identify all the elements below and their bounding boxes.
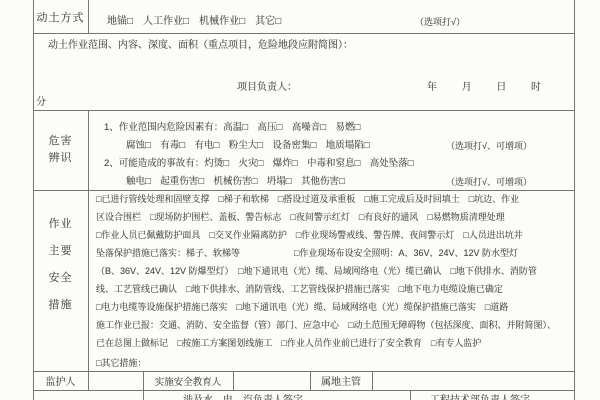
measure-line: 区设合围栏 □现场防护围栏、盖板、警告标志 □夜间警示红灯 □有良好的通风 □易… <box>96 210 505 225</box>
hazard-accidents-line: 2、可能造成的事故有：灼烫□ 火灾□ 爆炸□ 中毒和窒息□ 高处坠落□ <box>104 156 413 171</box>
engineering-dept-sign-label: 工程技术部负责人签字 <box>430 393 530 400</box>
label-column-divider-main <box>88 110 89 390</box>
utilities-manager-sign-label: 涉及水、电、汽负责人签字 <box>183 393 303 400</box>
sign-row-divider-2 <box>233 371 234 390</box>
safety-educator-label: 实施安全教育人 <box>143 371 233 390</box>
measure-line: 已在总图上做标记 □按施工方案图划线施工 □作业人员作业前已进行了安全教育 □有… <box>96 336 481 351</box>
measures-section-label: 作业 主要 安全 措施 <box>33 190 88 371</box>
dig-method-options-row2: 地锚□ 人工作业□ 机械作业□ 其它□ <box>107 14 281 29</box>
row-divider-1 <box>33 33 575 34</box>
sign-row-divider-4 <box>372 371 373 390</box>
row-divider-5 <box>33 390 575 391</box>
row-divider-4 <box>33 371 575 372</box>
measure-line: 坠落保护措施已落实：梯子、软梯等 □作业现场布设安全照明：A、36V、24V、1… <box>96 246 518 261</box>
scope-title: 动土作业范围、内容、深度、面积（重点项目，危险地段应附简图）： <box>48 38 353 53</box>
measure-line: □已进行管线处理和固壁支撑 □梯子和软梯 □搭设过道及承重板 □施工完成后及时回… <box>96 192 519 207</box>
measure-line: □作业人员已佩戴防护面具 □交叉作业隔离防护 □作业现场警戒线、警告牌、夜间警示… <box>96 228 523 243</box>
project-leader-label: 项目负责人： <box>237 80 297 95</box>
excavation-work-permit-form: 动土方式 挖坑□ 挖槽□ 打桩□ 钻探□ 机械挖土（填土平整场地）□ 地锚□ 人… <box>0 0 600 400</box>
measures-label-line3: 安全 <box>49 265 73 292</box>
guardian-label: 监护人 <box>33 371 88 390</box>
bottom-row-divider <box>410 390 411 400</box>
measures-label-line1: 作业 <box>49 211 73 238</box>
hazard-factors-line: 1、作业范围内危险因素有：高温□ 高压□ 高噪音□ 易燃□ <box>104 120 360 135</box>
measure-line: 线、工艺管线已确认 □地下供排水、消防管线、工艺管线保护措施已落实 □地下电力电… <box>96 282 503 297</box>
hazard-label-line1: 危害 <box>49 133 73 150</box>
hazard-accidents-note: （选项打√、可增项） <box>446 175 532 190</box>
hazard-factors-note: （选项打√、可增项） <box>446 139 532 154</box>
measures-label-line4: 措施 <box>49 292 73 319</box>
measure-line: 施工作业已报：交通、消防、安全监督（管）部门、应急中心 □动土范围无障碍物（包括… <box>96 318 556 333</box>
label-column-divider-top <box>88 0 89 33</box>
date-hour-label: 时 <box>531 80 541 95</box>
row-divider-2 <box>33 110 575 111</box>
hazard-factors-line2: 腐蚀□ 有毒□ 有电□ 粉尘大□ 设备密集□ 地质塌陷□ <box>126 138 369 153</box>
measure-line: □电力电缆等设施保护措施已落实 □地下通讯电（光）缆、局域网络电（光）缆保护措施… <box>96 300 508 315</box>
row-divider-3 <box>33 190 575 191</box>
date-year-label: 年 <box>427 80 437 95</box>
area-manager-label: 属地主管 <box>310 371 372 390</box>
date-minute-label: 分 <box>36 95 46 110</box>
dig-method-note: （选项打√） <box>415 15 465 30</box>
hazard-accidents-line2: 触电□ 起重伤害□ 机械伤害□ 坍塌□ 其他伤害□ <box>126 174 345 189</box>
dig-method-label: 动土方式 <box>33 0 88 33</box>
dig-method-options-row1: 挖坑□ 挖槽□ 打桩□ 钻探□ 机械挖土（填土平整场地）□ <box>100 0 370 3</box>
hazard-section-label: 危害 辨识 <box>33 110 88 190</box>
date-day-label: 日 <box>496 80 506 95</box>
measure-line-other: □其它措施： <box>96 356 146 371</box>
table-border-right <box>574 0 575 400</box>
measure-line: （B、36V、24V、12V 防爆型灯） □地下通讯电（光）缆、局域网络电（光）… <box>96 264 537 279</box>
date-fields: 年 月 日 时 <box>427 80 541 95</box>
measures-label-line2: 主要 <box>49 238 73 265</box>
date-month-label: 月 <box>462 80 472 95</box>
hazard-label-line2: 辨识 <box>49 150 73 167</box>
